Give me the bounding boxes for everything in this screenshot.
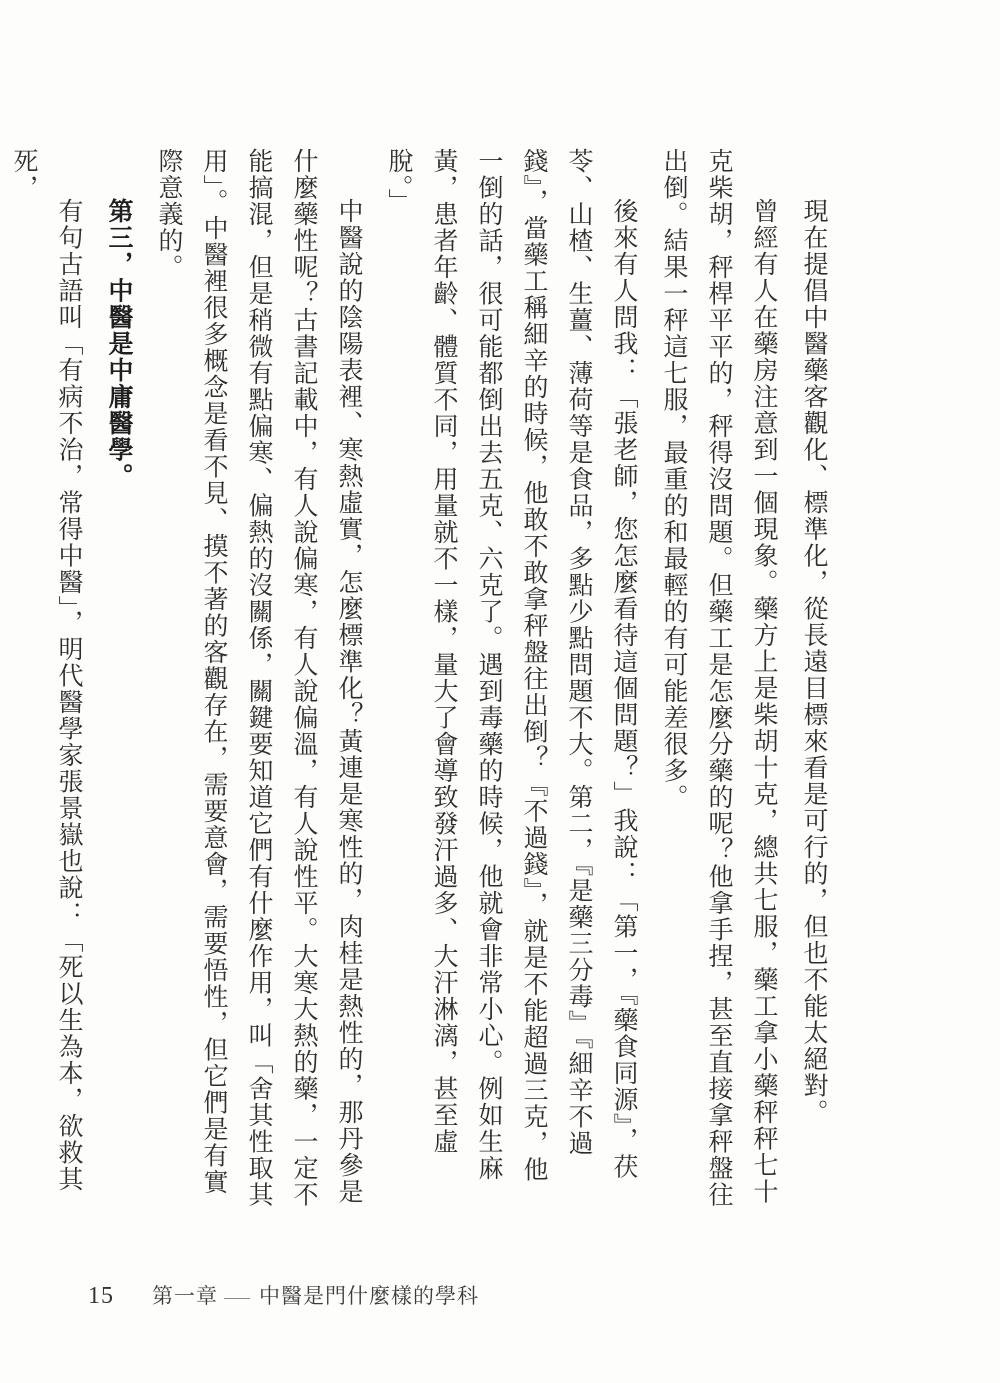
page-number: 15: [88, 1283, 114, 1310]
section-heading: 第三，中醫是中庸醫學。: [96, 148, 141, 1208]
paragraph: 曾經有人在藥房注意到一個現象。藥方上是柴胡十克，總共七服，藥工拿小藥秤秤七十克柴…: [651, 148, 786, 1208]
chapter-label: 第一章: [152, 1280, 218, 1310]
paragraph: 現在提倡中醫藥客觀化、標準化，從長遠目標來看是可行的，但也不能太絕對。: [791, 148, 836, 1208]
footer-separator-line: [224, 1298, 250, 1299]
paragraph: 後來有人問我：「張老師，您怎麼看待這個問題？」我說：「第一，『藥食同源』，茯苓、…: [376, 148, 646, 1208]
paragraph: 中醫說的陰陽表裡、寒熱虛實，怎麼標準化？黃連是寒性的，肉桂是熱性的，那丹參是什麼…: [146, 148, 371, 1208]
book-page: 現在提倡中醫藥客觀化、標準化，從長遠目標來看是可行的，但也不能太絕對。 曾經有人…: [0, 0, 1000, 1383]
vertical-text-block: 現在提倡中醫藥客觀化、標準化，從長遠目標來看是可行的，但也不能太絕對。 曾經有人…: [0, 148, 836, 1208]
page-footer: 15 第一章 中醫是門什麼樣的學科: [88, 1280, 479, 1310]
chapter-title: 中醫是門什麼樣的學科: [259, 1280, 479, 1310]
paragraph: 有句古語叫「有病不治，常得中醫」，明代醫學家張景嶽也說：「死以生為本，欲救其死，: [1, 148, 91, 1208]
